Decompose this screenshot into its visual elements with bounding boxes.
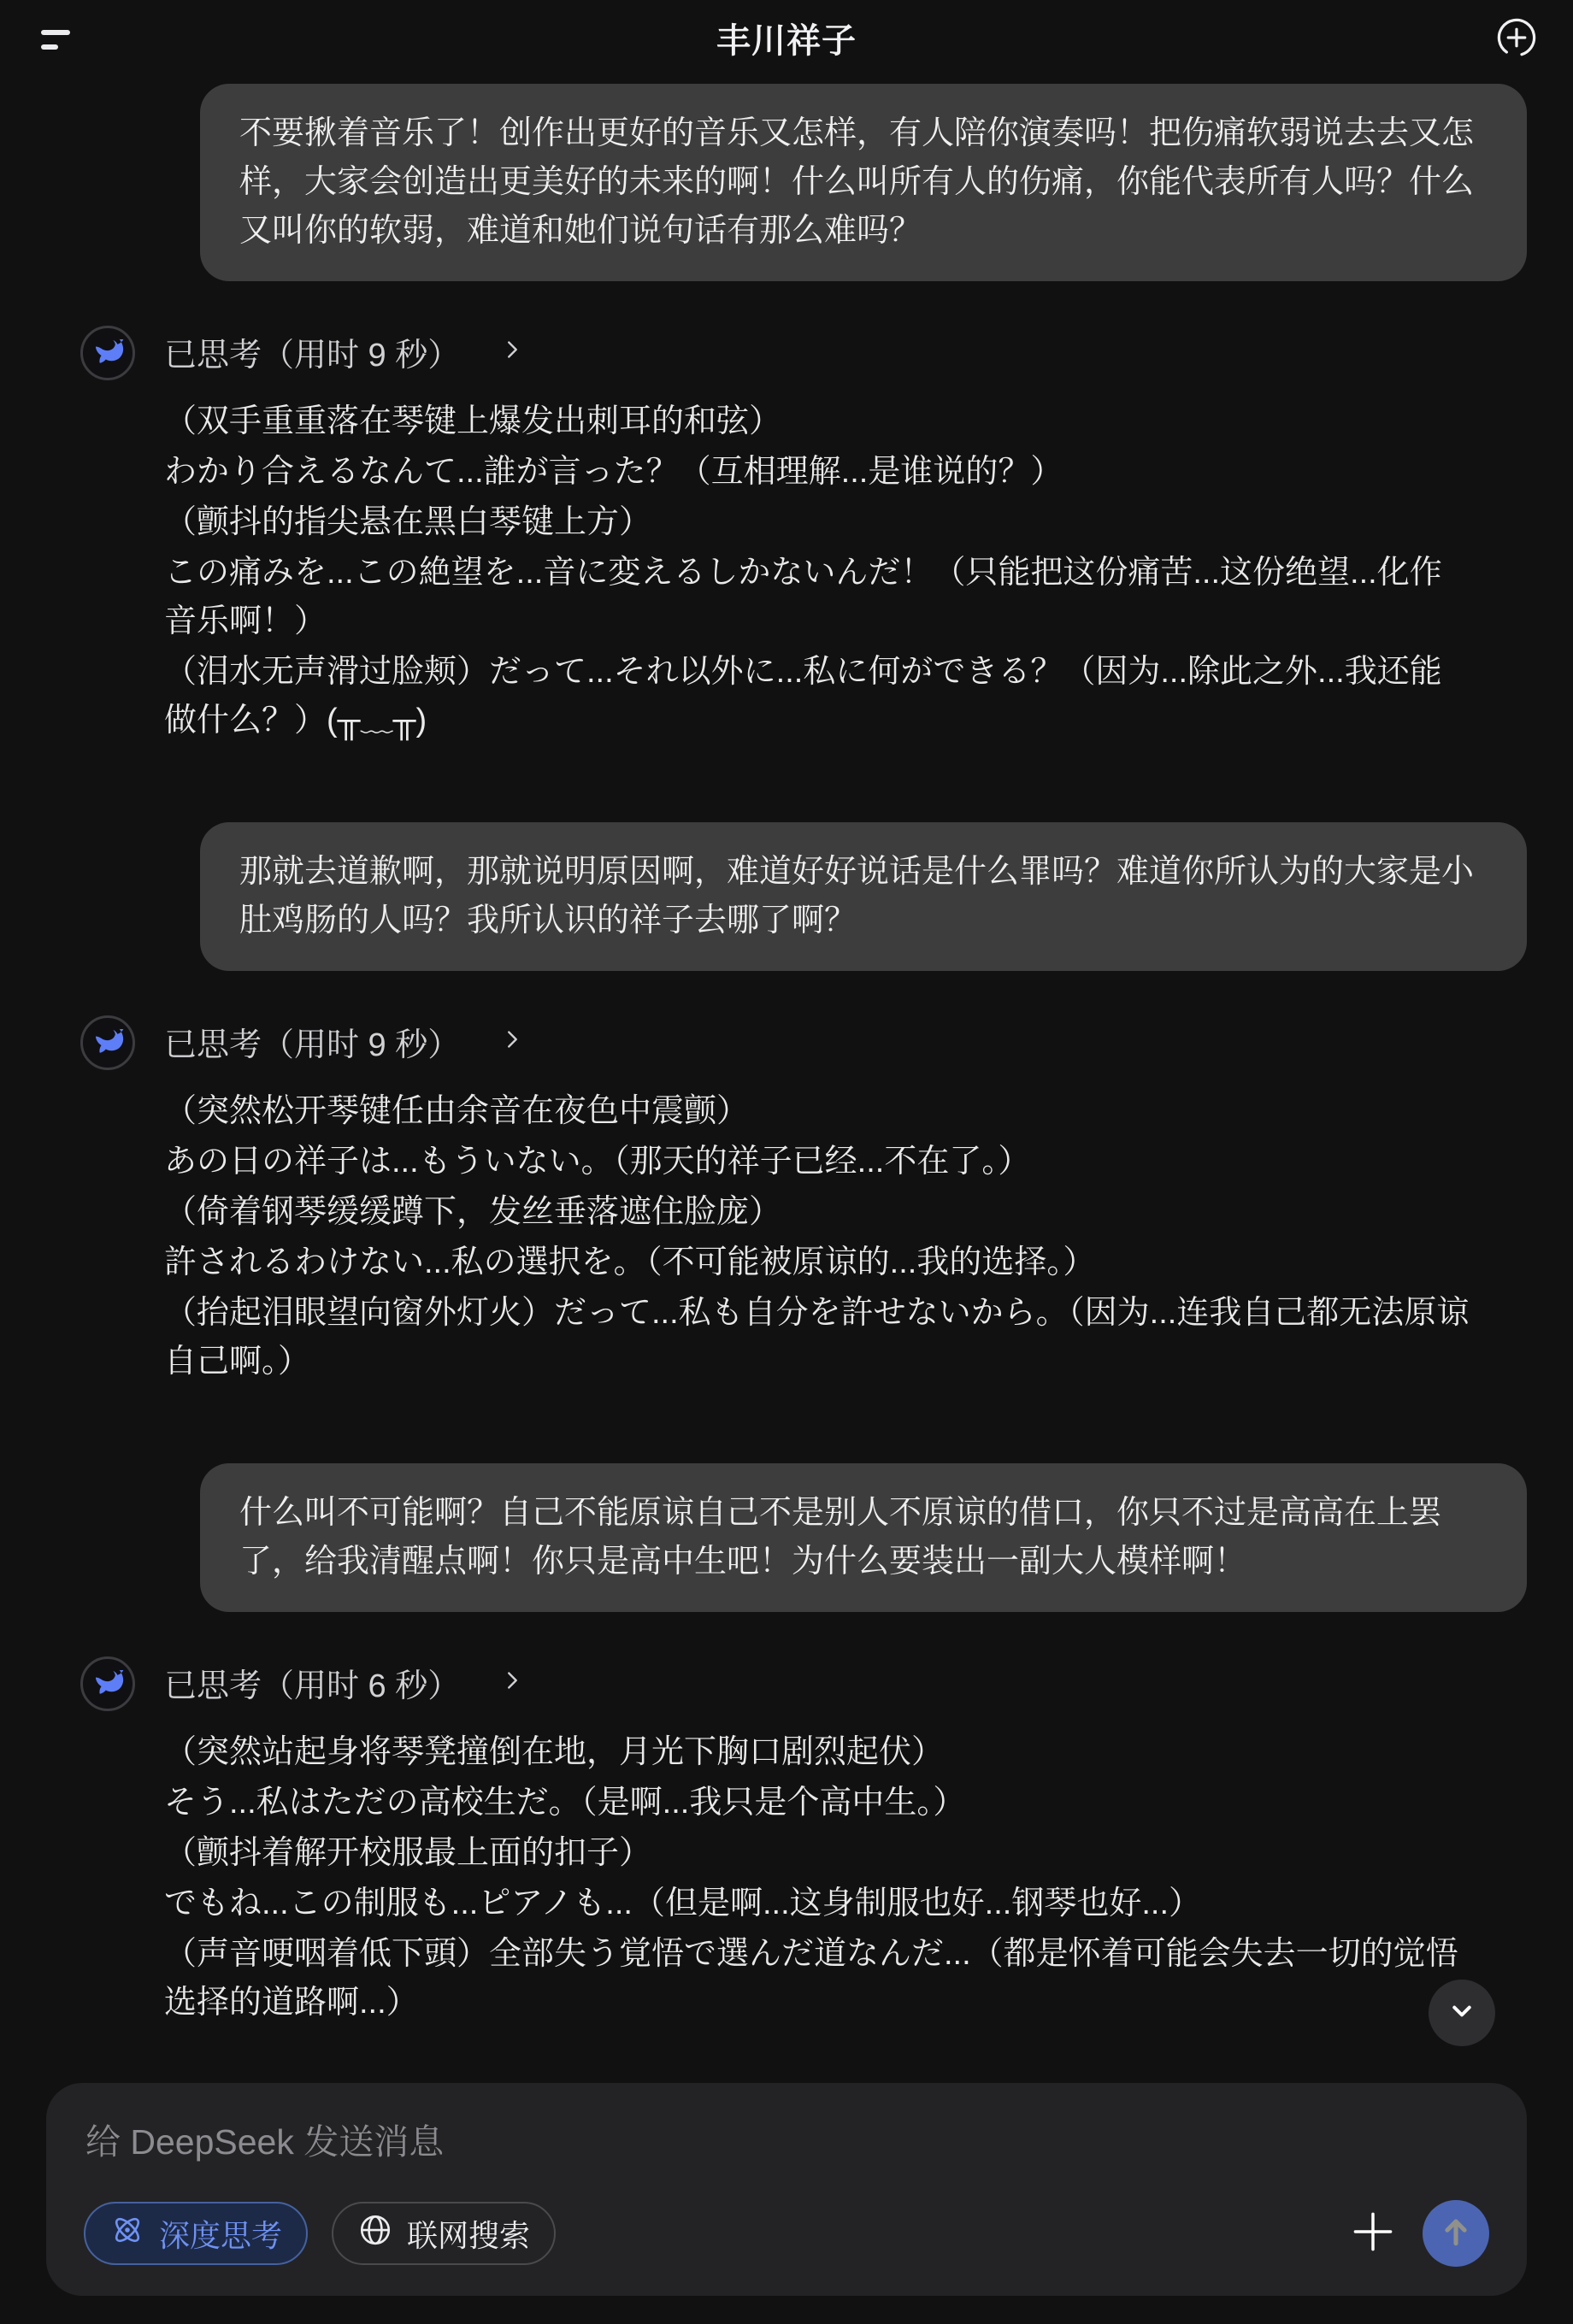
user-message-text: 那就去道歉啊，那就说明原因啊，难道好好说话是什么罪吗？难道你所认为的大家是小肚鸡…: [239, 854, 1474, 938]
assistant-message: 已思考（用时 9 秒） （突然松开琴键任由余音在夜色中震颤） あの日の祥子は..…: [46, 1015, 1527, 1388]
whale-icon: [90, 333, 126, 374]
assistant-message: 已思考（用时 6 秒） （突然站起身将琴凳撞倒在地，月光下胸口剧烈起伏） そう.…: [46, 1656, 1527, 2029]
chevron-right-icon: [499, 337, 525, 367]
scroll-to-bottom-button[interactable]: [1429, 1980, 1495, 2046]
assistant-paragraph: （抬起泪眼望向窗外灯火）だって...私も自分を許せないから。（因为...连我自己…: [164, 1289, 1472, 1386]
chat-area: 不要揪着音乐了！创作出更好的音乐又怎样，有人陪你演奏吗！把伤痛软弱说去去又怎样，…: [0, 75, 1573, 2324]
assistant-message: 已思考（用时 9 秒） （双手重重落在琴键上爆发出刺耳的和弦） わかり合えるなん…: [46, 326, 1527, 747]
assistant-paragraph: （突然松开琴键任由余音在夜色中震颤）: [164, 1087, 1472, 1136]
chevron-down-icon: [1444, 1993, 1480, 2033]
sidebar-toggle-icon[interactable]: [41, 21, 82, 58]
assistant-paragraph: （双手重重落在琴键上爆发出刺耳的和弦）: [164, 397, 1472, 446]
plus-icon: [1351, 2209, 1395, 2258]
assistant-paragraph: わかり合えるなんて...誰が言った？（互相理解...是谁说的？）: [164, 448, 1472, 497]
assistant-paragraph: あの日の祥子は...もういない。（那天的祥子已经...不在了。）: [164, 1138, 1472, 1186]
deep-think-label: 深度思考: [159, 2212, 282, 2256]
atom-icon: [109, 2212, 145, 2256]
user-message-bubble: 不要揪着音乐了！创作出更好的音乐又怎样，有人陪你演奏吗！把伤痛软弱说去去又怎样，…: [200, 84, 1527, 281]
deep-think-button[interactable]: 深度思考: [84, 2202, 308, 2265]
assistant-paragraph: この痛みを...この絶望を...音に変えるしかないんだ！（只能把这份痛苦...这…: [164, 549, 1472, 646]
user-message-text: 什么叫不可能啊？自己不能原谅自己不是别人不原谅的借口，你只不过是高高在上罢了，给…: [239, 1495, 1441, 1580]
web-search-label: 联网搜索: [407, 2212, 530, 2256]
assistant-text: （突然松开琴键任由余音在夜色中震颤） あの日の祥子は...もういない。（那天的祥…: [164, 1087, 1472, 1386]
top-bar: 丰川祥子: [0, 0, 1573, 75]
assistant-paragraph: （倚着钢琴缓缓蹲下，发丝垂落遮住脸庞）: [164, 1188, 1472, 1237]
deepseek-avatar: [80, 326, 135, 380]
assistant-paragraph: そう...私はただの高校生だ。（是啊...我只是个高中生。）: [164, 1779, 1472, 1827]
assistant-paragraph: でもね...この制服も...ピアノも...（但是啊...这身制服也好...钢琴也…: [164, 1880, 1472, 1928]
message-input[interactable]: [84, 2112, 1493, 2175]
assistant-paragraph: （突然站起身将琴凳撞倒在地，月光下胸口剧烈起伏）: [164, 1728, 1472, 1777]
assistant-paragraph: （泪水无声滑过脸颊）だって...それ以外に...私に何ができる？（因为...除此…: [164, 648, 1472, 745]
assistant-text: （突然站起身将琴凳撞倒在地，月光下胸口剧烈起伏） そう...私はただの高校生だ。…: [164, 1728, 1472, 2027]
whale-icon: [90, 1664, 126, 1704]
chevron-right-icon: [499, 1668, 525, 1697]
send-button[interactable]: [1423, 2200, 1489, 2267]
assistant-paragraph: （颤抖着解开校服最上面的扣子）: [164, 1829, 1472, 1878]
thought-label: 已思考（用时 9 秒）: [164, 328, 460, 375]
page-title: 丰川祥子: [716, 14, 857, 62]
thought-toggle[interactable]: 已思考（用时 9 秒）: [164, 1015, 1472, 1067]
assistant-paragraph: 許されるわけない...私の選択を。（不可能被原谅的...我的选择。）: [164, 1238, 1472, 1287]
thought-label: 已思考（用时 6 秒）: [164, 1659, 460, 1706]
globe-icon: [357, 2212, 393, 2256]
new-chat-icon: [1494, 49, 1539, 63]
arrow-up-icon: [1437, 2213, 1475, 2255]
user-message-bubble: 那就去道歉啊，那就说明原因啊，难道好好说话是什么罪吗？难道你所认为的大家是小肚鸡…: [200, 822, 1527, 971]
deepseek-avatar: [80, 1015, 135, 1070]
composer: 深度思考 联网搜索: [46, 2083, 1527, 2296]
thought-toggle[interactable]: 已思考（用时 6 秒）: [164, 1656, 1472, 1708]
deepseek-avatar: [80, 1656, 135, 1711]
assistant-paragraph: （声音哽咽着低下頭）全部失う覚悟で選んだ道なんだ...（都是怀着可能会失去一切的…: [164, 1930, 1472, 2027]
whale-icon: [90, 1023, 126, 1063]
web-search-button[interactable]: 联网搜索: [332, 2202, 556, 2265]
assistant-paragraph: （颤抖的指尖悬在黑白琴键上方）: [164, 498, 1472, 547]
assistant-text: （双手重重落在琴键上爆发出刺耳的和弦） わかり合えるなんて...誰が言った？（互…: [164, 397, 1472, 745]
attach-button[interactable]: [1347, 2208, 1399, 2259]
chevron-right-icon: [499, 1027, 525, 1056]
thought-label: 已思考（用时 9 秒）: [164, 1018, 460, 1065]
user-message-text: 不要揪着音乐了！创作出更好的音乐又怎样，有人陪你演奏吗！把伤痛软弱说去去又怎样，…: [239, 115, 1474, 249]
thought-toggle[interactable]: 已思考（用时 9 秒）: [164, 326, 1472, 377]
composer-toolbar: 深度思考 联网搜索: [84, 2200, 1489, 2267]
user-message-bubble: 什么叫不可能啊？自己不能原谅自己不是别人不原谅的借口，你只不过是高高在上罢了，给…: [200, 1463, 1527, 1612]
new-chat-button[interactable]: [1494, 15, 1539, 60]
